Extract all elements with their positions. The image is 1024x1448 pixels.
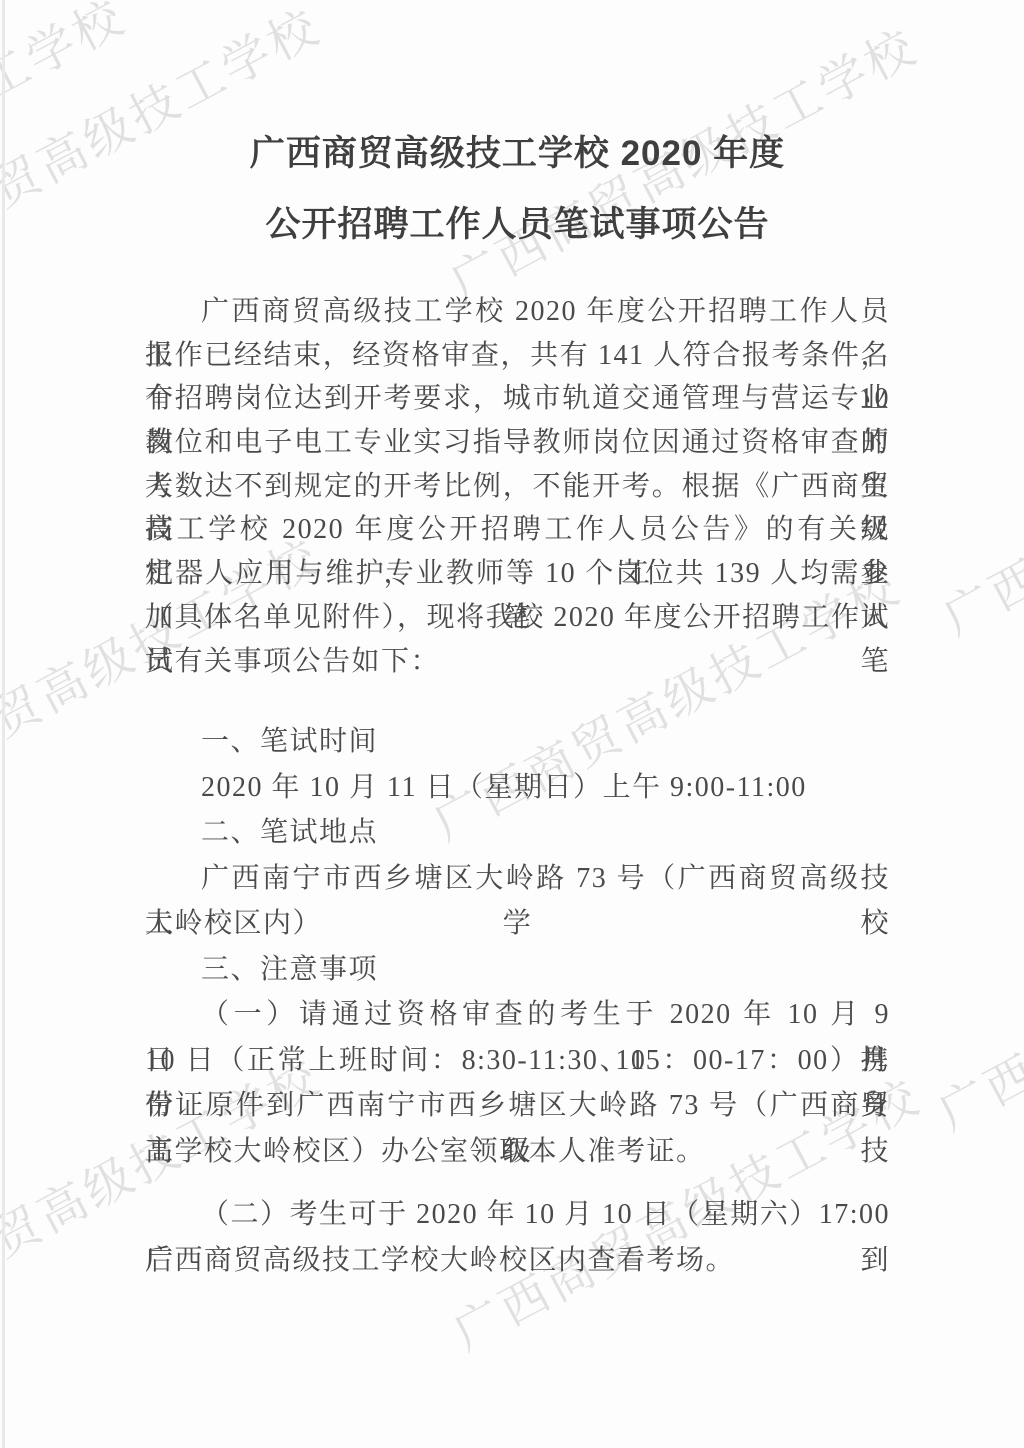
section-line: 二、笔试地点 [145,810,890,856]
section-line: 2020 年 10 月 11 日（星期日）上午 9:00-11:00 [145,765,890,811]
paragraph-line: 技工学校 2020 年度公开招聘工作人员公告》的有关规定，工业 [145,508,890,552]
watermark-text: 广西商贸高级技工学校 [937,357,1024,645]
sections-block: 一、笔试时间2020 年 10 月 11 日（星期日）上午 9:00-11:00… [145,719,890,1283]
paragraph-line: 人数达不到规定的开考比例，不能开考。根据《广西商贸高级 [145,465,890,509]
document-title-line1: 广西商贸高级技工学校 2020 年度 [145,118,890,189]
paragraph-line: （具体名单见附件），现将我校 2020 年度公开招聘工作人员笔 [145,596,890,640]
intro-paragraph: 广西商贸高级技工学校 2020 年度公开招聘工作人员报名工作已经结束，经资格审查… [145,290,890,683]
section-line: 10 日（正常上班时间：8:30-11:30、15：00-17：00）携带身 [145,1038,890,1084]
watermark-text: 广西商贸高级技工学校 [932,852,1024,1140]
paragraph-line: 工作已经结束，经资格审查，共有 141 人符合报考条件，有 10 [145,334,890,378]
paragraph-line: 个招聘岗位达到开考要求，城市轨道交通管理与营运专业教师 [145,377,890,421]
document-title: 广西商贸高级技工学校 2020 年度 公开招聘工作人员笔试事项公告 [145,118,890,260]
paragraph-line: 岗位和电子电工专业实习指导教师岗位因通过资格审查的考生 [145,421,890,465]
section-line: 一、笔试时间 [145,719,890,765]
paragraph-line: 广西商贸高级技工学校 2020 年度公开招聘工作人员报名 [145,290,890,334]
paragraph-line: 机器人应用与维护专业教师等 10 个岗位共 139 人均需参加笔试 [145,552,890,596]
scan-edge-artifact [2,0,5,1448]
section-line: （二）考生可于 2020 年 10 月 10 日（星期六）17:00 后到 [145,1192,890,1238]
document-page: 广西商贸高级技工学校广西商贸高级技工学校广西商贸高级技工学校广西商贸高级技工学校… [0,0,1024,1448]
section-line: 份证原件到广西南宁市西乡塘区大岭路 73 号（广西商贸高级技 [145,1083,890,1129]
section-line: 三、注意事项 [145,947,890,993]
document-title-line2: 公开招聘工作人员笔试事项公告 [145,189,890,260]
section-line: 广西南宁市西乡塘区大岭路 73 号（广西商贸高级技工学校 [145,856,890,902]
section-line: （一）请通过资格审查的考生于 2020 年 10 月 9 日、10 月 [145,992,890,1038]
watermark-text: 广西商贸高级技工学校 [0,0,134,280]
